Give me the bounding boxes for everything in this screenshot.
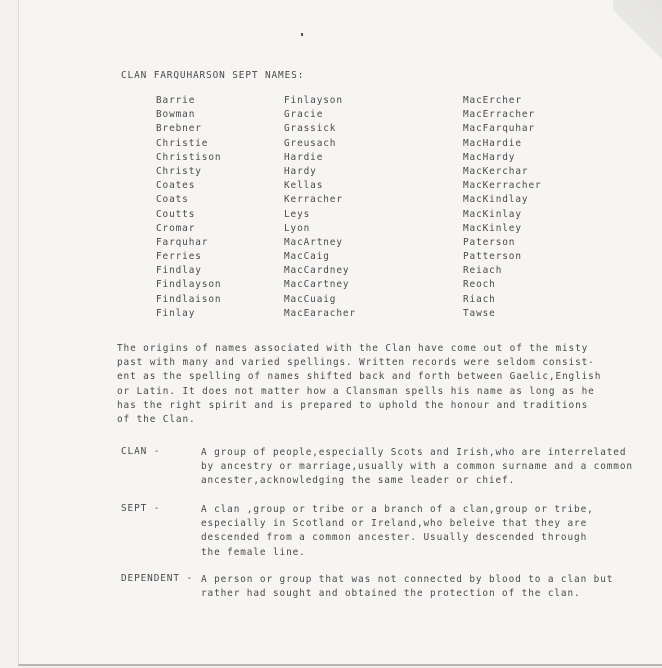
sept-name: MacCaig xyxy=(284,250,356,264)
definition-line: the female line. xyxy=(201,546,594,560)
sept-name: Findlayson xyxy=(156,278,221,292)
sept-name: MacCartney xyxy=(284,278,356,292)
paragraph-line: of the Clan. xyxy=(117,413,647,427)
sept-name: Coats xyxy=(156,193,221,207)
sept-name: Leys xyxy=(284,208,356,222)
paragraph-line: past with many and varied spellings. Wri… xyxy=(117,356,647,370)
paragraph-line: or Latin. It does not matter how a Clans… xyxy=(117,385,647,399)
sept-name: MacCardney xyxy=(284,264,356,278)
definition-line: A person or group that was not connected… xyxy=(201,573,613,587)
sept-name: Christie xyxy=(156,137,221,151)
sept-name: MacFarquhar xyxy=(463,122,542,136)
sept-name: Findlaison xyxy=(156,293,221,307)
definition-term: SEPT - xyxy=(121,503,160,514)
sept-name: Farquhar xyxy=(156,236,221,250)
sept-name: MacErcher xyxy=(463,94,542,108)
definition-text: A person or group that was not connected… xyxy=(201,573,613,601)
definition-line: by ancestry or marriage,usually with a c… xyxy=(201,460,633,474)
sept-names-column-1: BarrieBowmanBrebnerChristieChristisonChr… xyxy=(156,94,221,321)
definition-line: ancester,acknowledging the same leader o… xyxy=(201,474,633,488)
definition-line: A group of people,especially Scots and I… xyxy=(201,446,633,460)
paragraph-line: has the right spirit and is prepared to … xyxy=(117,399,647,413)
definition-text: A clan ,group or tribe or a branch of a … xyxy=(201,503,594,560)
sept-name: Ferries xyxy=(156,250,221,264)
sept-names-column-3: MacErcherMacErracherMacFarquharMacHardie… xyxy=(463,94,542,321)
definition-line: A clan ,group or tribe or a branch of a … xyxy=(201,503,594,517)
sept-name: Riach xyxy=(463,293,542,307)
sept-name: MacKerracher xyxy=(463,179,542,193)
sept-name: Cromar xyxy=(156,222,221,236)
sept-name: Kellas xyxy=(284,179,356,193)
paragraph-line: ent as the spelling of names shifted bac… xyxy=(117,370,647,384)
sept-name: Hardie xyxy=(284,151,356,165)
definition-term: CLAN - xyxy=(121,446,160,457)
definition-line: rather had sought and obtained the prote… xyxy=(201,587,613,601)
page-title: CLAN FARQUHARSON SEPT NAMES: xyxy=(121,70,304,81)
definition-line: descended from a common ancester. Usuall… xyxy=(201,531,594,545)
sept-name: Finlay xyxy=(156,307,221,321)
sept-name: Finlayson xyxy=(284,94,356,108)
definition-text: A group of people,especially Scots and I… xyxy=(201,446,633,489)
sept-name: Findlay xyxy=(156,264,221,278)
sept-name: Reoch xyxy=(463,278,542,292)
sept-name: MacErracher xyxy=(463,108,542,122)
sept-name: Christison xyxy=(156,151,221,165)
scan-speck xyxy=(301,33,303,36)
sept-name: MacHardie xyxy=(463,137,542,151)
sept-name: MacKindlay xyxy=(463,193,542,207)
sept-names-column-2: FinlaysonGracieGrassickGreusachHardieHar… xyxy=(284,94,356,321)
sept-name: Hardy xyxy=(284,165,356,179)
sept-name: Brebner xyxy=(156,122,221,136)
paragraph-line: The origins of names associated with the… xyxy=(117,342,647,356)
sept-name: Gracie xyxy=(284,108,356,122)
sept-name: Coutts xyxy=(156,208,221,222)
sept-name: MacKinley xyxy=(463,222,542,236)
sept-name: Grassick xyxy=(284,122,356,136)
sept-name: Greusach xyxy=(284,137,356,151)
sept-name: MacHardy xyxy=(463,151,542,165)
sept-name: Christy xyxy=(156,165,221,179)
sept-name: Paterson xyxy=(463,236,542,250)
sept-name: MacArtney xyxy=(284,236,356,250)
sept-name: Barrie xyxy=(156,94,221,108)
sept-name: MacKerchar xyxy=(463,165,542,179)
sept-name: Coates xyxy=(156,179,221,193)
sept-name: Kerracher xyxy=(284,193,356,207)
sept-name: Tawse xyxy=(463,307,542,321)
sept-name: Patterson xyxy=(463,250,542,264)
sept-name: Bowman xyxy=(156,108,221,122)
page-fold-corner xyxy=(613,0,662,70)
sept-name: MacCuaig xyxy=(284,293,356,307)
sept-name: MacKinlay xyxy=(463,208,542,222)
origins-paragraph: The origins of names associated with the… xyxy=(117,342,647,427)
definition-line: especially in Scotland or Ireland,who be… xyxy=(201,517,594,531)
sept-name: Reiach xyxy=(463,264,542,278)
definition-term: DEPENDENT - xyxy=(121,573,193,584)
sept-name: Lyon xyxy=(284,222,356,236)
sept-name: MacEaracher xyxy=(284,307,356,321)
